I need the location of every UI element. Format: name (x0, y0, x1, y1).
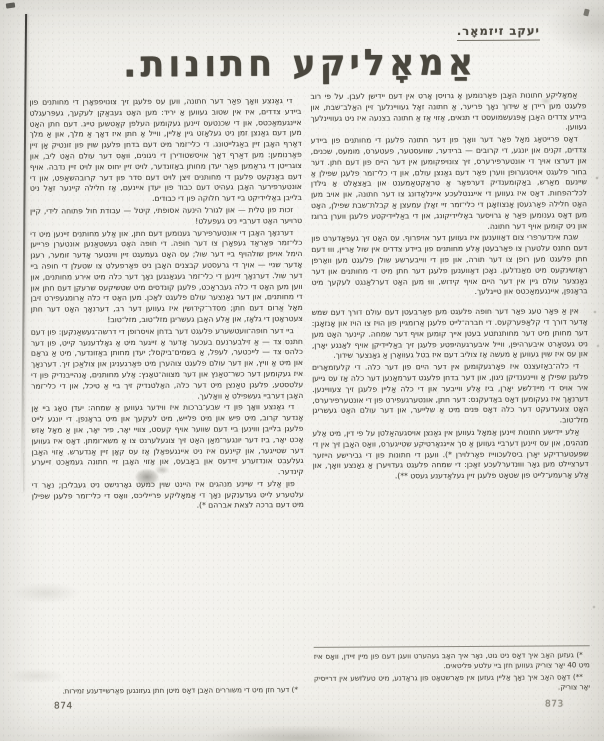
paragraph: אַמאָליקע חתונות האָבן פאַרנומען אַ גרוי… (310, 90, 586, 135)
article-title: אַמאָליקע חתונות. (0, 41, 602, 86)
text-column-right: אַמאָליקע חתונות האָבן פאַרנומען אַ גרוי… (310, 90, 590, 696)
paragraph: די גאַנצע וואָך פאַר דער חתונה, ווען עס … (29, 96, 302, 206)
paragraph: דערנאָך האָבן די אונטערפירער גענומען דעם… (30, 228, 303, 327)
paragraph: דאָס פרייטאָג מאָל פאַר דער וואָך פון דע… (311, 134, 588, 233)
column-left-body: די גאַנצע וואָך פאַר דער חתונה, ווען עס … (29, 96, 305, 681)
footnote: *) געזען האָב איך דאָס ניט גוט, נאָר איך… (314, 650, 590, 672)
footnotes-left: *) דער חזן מיט די משוררים האָבן דאָס מיט… (33, 685, 305, 697)
scanned-page: יעקב זיזמאָר. אַמאָליקע חתונות. אַמאָליק… (0, 0, 604, 741)
page-number-right: 873 (545, 699, 564, 709)
page-content: יעקב זיזמאָר. אַמאָליקע חתונות. אַמאָליק… (0, 0, 604, 741)
paragraph: פון אַלע די שיינע מנהגים איז היינט שוין … (32, 479, 304, 513)
paragraph: די כלה־באַזעצנס איז פאָרגעקומען אין דער … (312, 361, 588, 427)
footnote-divider (314, 645, 590, 648)
footnote: *) דער חזן מיט די משוררים האָבן דאָס מיט… (33, 685, 305, 697)
paragraph: אַלע יידישע חתונות זיינען אַמאָל געווען … (312, 427, 588, 483)
paragraph: ביי דער חופה־וועטשערע פלעגט דער בדחן אוי… (31, 326, 303, 403)
paragraph: אין אַ פּאָר טעג פאַר דער חופה פלעגט מען… (312, 306, 588, 362)
column-right-body: אַמאָליקע חתונות האָבן פאַרנומען אַ גרוי… (310, 90, 589, 643)
page-number-left: 874 (54, 701, 73, 711)
paragraph: שבת אינדערפרי צום דאַווענען איז געווען ד… (311, 233, 587, 299)
footnotes-right: *) געזען האָב איך דאָס ניט גוט, נאָר איך… (314, 645, 590, 694)
author-header: יעקב זיזמאָר. (457, 24, 540, 42)
paragraph: זכות פון טלית — און לגורל הינעה אסופתי, … (30, 205, 302, 228)
text-column-left: די גאַנצע וואָך פאַר דער חתונה, ווען עס … (29, 96, 305, 699)
footnote: **) דאָס האָב איך נאָך אַליין געזען אין … (314, 672, 590, 694)
paragraph: די גאַנצע וואָך פון די שבע־ברכות איז ווי… (31, 402, 303, 479)
